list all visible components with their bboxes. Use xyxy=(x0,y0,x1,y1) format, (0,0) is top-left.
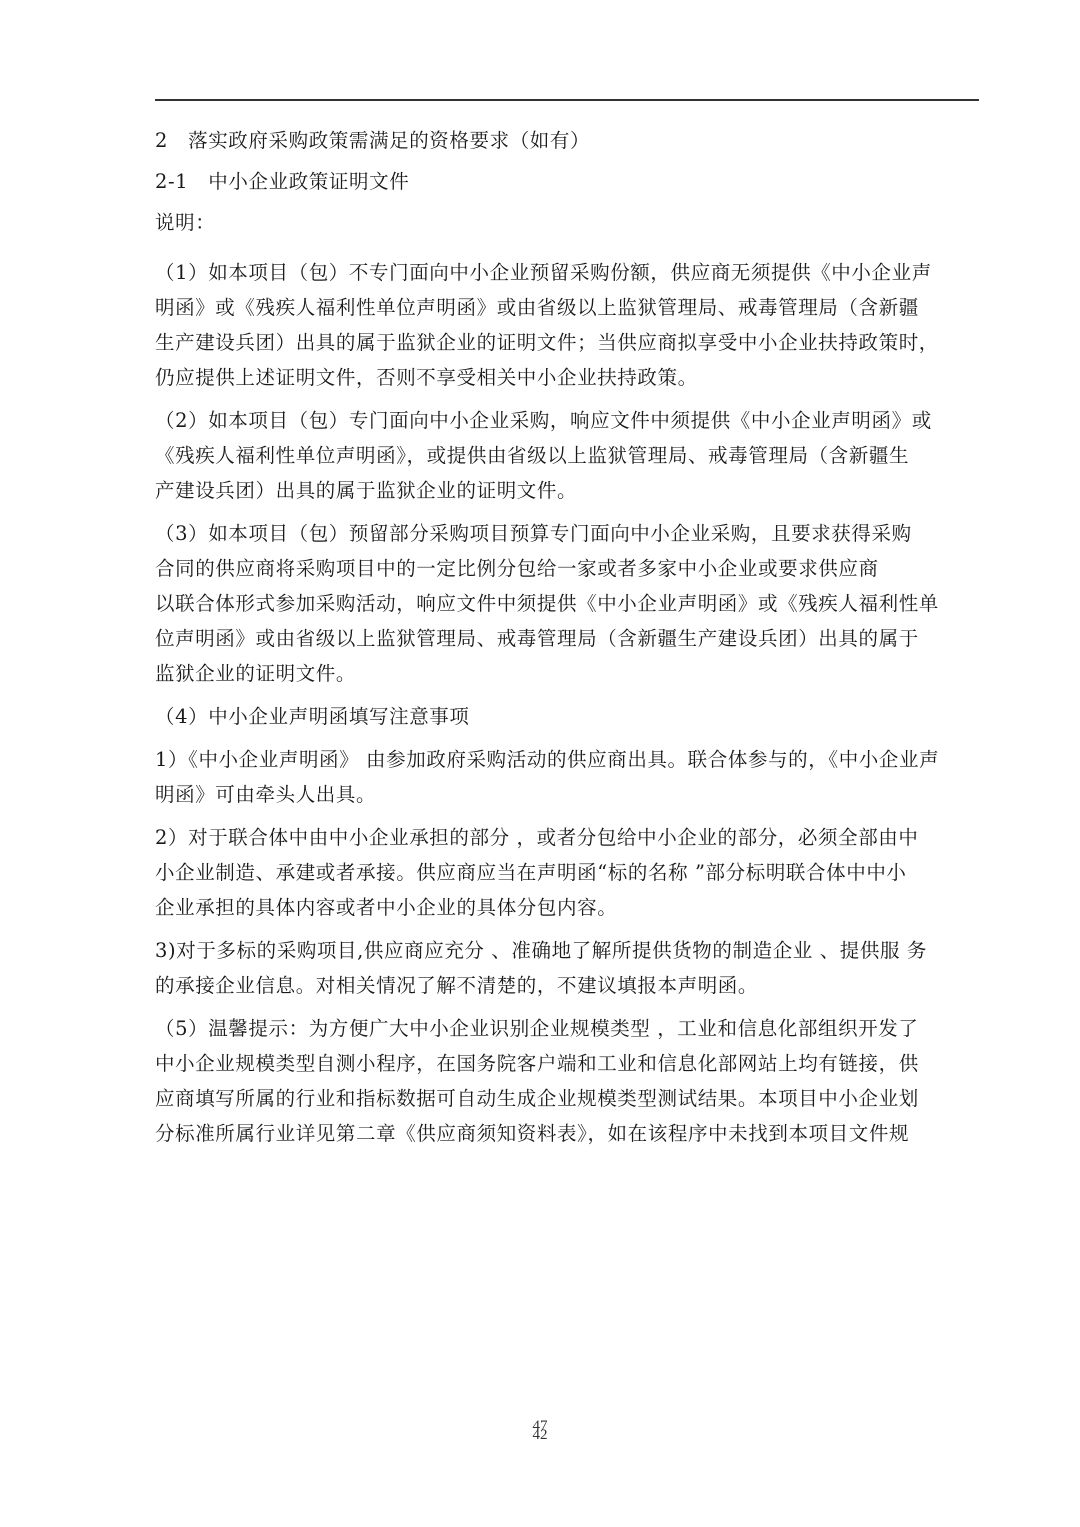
text-line: 的承接企业信息。对相关情况了解不清楚的，不建议填报本声明函。 xyxy=(155,968,979,1003)
paragraph-4-item-1: 1）《中小企业声明函》 由参加政府采购活动的供应商出具。联合体参与的，《中小企业… xyxy=(155,742,979,812)
section-title: 2 落实政府采购政策需满足的资格要求（如有） xyxy=(155,124,979,165)
paragraph-4-item-3: 3)对于多标的采购项目,供应商应充分 、准确地了解所提供货物的制造企业 、提供服… xyxy=(155,933,979,1003)
text-line: （2）如本项目（包）专门面向中小企业采购，响应文件中须提供《中小企业声明函》或 xyxy=(155,403,979,438)
text-line: （3）如本项目（包）预留部分采购项目预算专门面向中小企业采购，且要求获得采购 xyxy=(155,516,979,551)
text-line: 3)对于多标的采购项目,供应商应充分 、准确地了解所提供货物的制造企业 、提供服… xyxy=(155,933,979,968)
subsection-title: 2-1 中小企业政策证明文件 xyxy=(155,165,979,206)
text-line: 监狱企业的证明文件。 xyxy=(155,656,979,691)
text-line: 《残疾人福利性单位声明函》，或提供由省级以上监狱管理局、戒毒管理局（含新疆生 xyxy=(155,438,979,473)
text-line: 1）《中小企业声明函》 由参加政府采购活动的供应商出具。联合体参与的，《中小企业… xyxy=(155,742,979,777)
text-line: （5）温馨提示：为方便广大中小企业识别企业规模类型 ，工业和信息化部组织开发了 xyxy=(155,1011,979,1046)
explanation-label: 说明： xyxy=(155,206,979,247)
text-line: （4）中小企业声明函填写注意事项 xyxy=(155,699,979,734)
text-line: 分标准所属行业详见第二章《供应商须知资料表》，如在该程序中未找到本项目文件规 xyxy=(155,1116,979,1151)
paragraph-5: （5）温馨提示：为方便广大中小企业识别企业规模类型 ，工业和信息化部组织开发了 … xyxy=(155,1011,979,1151)
text-line: 合同的供应商将采购项目中的一定比例分包给一家或者多家中小企业或要求供应商 xyxy=(155,551,979,586)
page-number-overlay: 42 xyxy=(0,1427,1080,1444)
text-line: 应商填写所属的行业和指标数据可自动生成企业规模类型测试结果。本项目中小企业划 xyxy=(155,1081,979,1116)
text-line: 中小企业规模类型自测小程序，在国务院客户端和工业和信息化部网站上均有链接，供 xyxy=(155,1046,979,1081)
text-line: 仍应提供上述证明文件，否则不享受相关中小企业扶持政策。 xyxy=(155,360,979,395)
text-line: 产建设兵团）出具的属于监狱企业的证明文件。 xyxy=(155,473,979,508)
text-line: 2）对于联合体中由中小企业承担的部分 ，或者分包给中小企业的部分，必须全部由中 xyxy=(155,820,979,855)
text-line: 明函》或《残疾人福利性单位声明函》或由省级以上监狱管理局、戒毒管理局（含新疆 xyxy=(155,290,979,325)
paragraph-1: （1）如本项目（包）不专门面向中小企业预留采购份额，供应商无须提供《中小企业声 … xyxy=(155,255,979,395)
document-body: 2 落实政府采购政策需满足的资格要求（如有） 2-1 中小企业政策证明文件 说明… xyxy=(155,124,979,1151)
text-line: 以联合体形式参加采购活动，响应文件中须提供《中小企业声明函》或《残疾人福利性单 xyxy=(155,586,979,621)
paragraph-4-heading: （4）中小企业声明函填写注意事项 xyxy=(155,699,979,734)
paragraph-3: （3）如本项目（包）预留部分采购项目预算专门面向中小企业采购，且要求获得采购 合… xyxy=(155,516,979,691)
text-line: 企业承担的具体内容或者中小企业的具体分包内容。 xyxy=(155,890,979,925)
text-line: 明函》可由牵头人出具。 xyxy=(155,777,979,812)
text-line: （1）如本项目（包）不专门面向中小企业预留采购份额，供应商无须提供《中小企业声 xyxy=(155,255,979,290)
paragraph-4-item-2: 2）对于联合体中由中小企业承担的部分 ，或者分包给中小企业的部分，必须全部由中 … xyxy=(155,820,979,925)
text-line: 生产建设兵团）出具的属于监狱企业的证明文件；当供应商拟享受中小企业扶持政策时， xyxy=(155,325,979,360)
text-line: 位声明函》或由省级以上监狱管理局、戒毒管理局（含新疆生产建设兵团）出具的属于 xyxy=(155,621,979,656)
text-line: 小企业制造、承建或者承接。供应商应当在声明函“标的名称 ”部分标明联合体中中小 xyxy=(155,855,979,890)
header-rule xyxy=(155,99,979,101)
paragraph-2: （2）如本项目（包）专门面向中小企业采购，响应文件中须提供《中小企业声明函》或 … xyxy=(155,403,979,508)
